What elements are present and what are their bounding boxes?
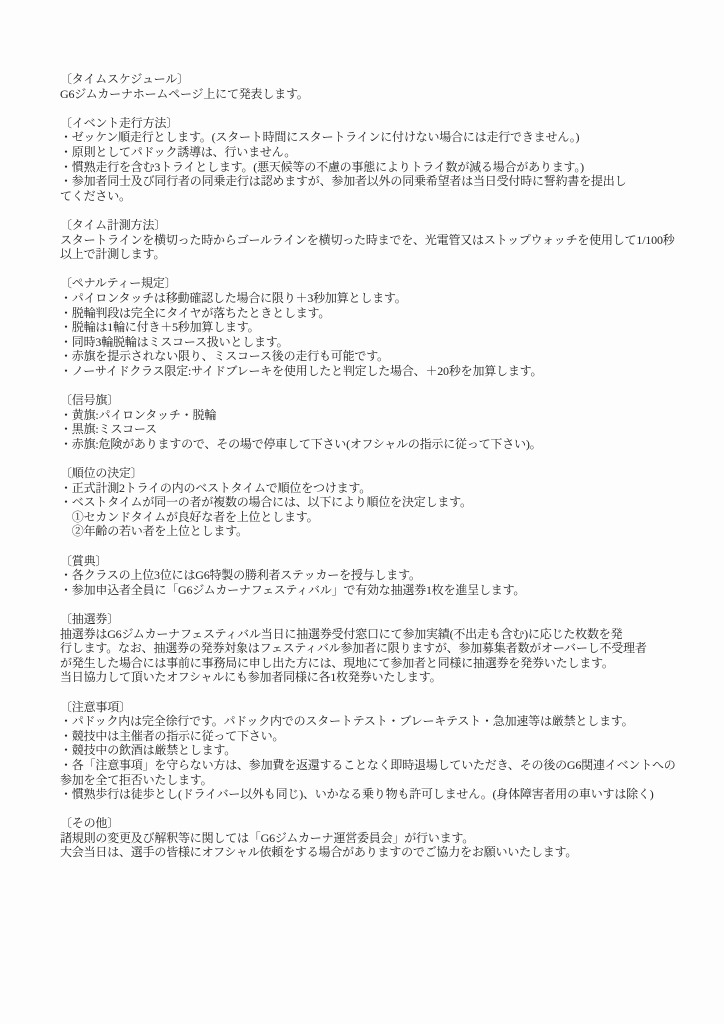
text-line: ・競技中は主催者の指示に従って下さい。 xyxy=(60,729,676,744)
section-title: 〔抽選券〕 xyxy=(60,612,676,627)
text-line: 以上で計測します。 xyxy=(60,247,676,262)
section: 〔抽選券〕抽選券はG6ジムカーナフェスティバル当日に抽選券受付窓口にて参加実績(… xyxy=(60,612,676,685)
text-line: ・赤旗:危険がありますので、その場で停車して下さい(オフシャルの指示に従って下さ… xyxy=(60,437,676,452)
section-title: 〔タイムスケジュール〕 xyxy=(60,72,676,87)
text-line: ・黒旗:ミスコース xyxy=(60,422,676,437)
text-line: スタートラインを横切った時からゴールラインを横切った時までを、光電管又はストップ… xyxy=(60,233,676,248)
text-line: ・競技中の飲酒は厳禁とします。 xyxy=(60,743,676,758)
section: 〔タイム計測方法〕スタートラインを横切った時からゴールラインを横切った時までを、… xyxy=(60,218,676,262)
text-line: ・ゼッケン順走行とします。(スタート時間にスタートラインに付けない場合には走行で… xyxy=(60,130,676,145)
text-line: 行します。なお、抽選券の発券対象はフェスティバル参加者に限りますが、参加募集者数… xyxy=(60,641,676,656)
text-line: ・慣熟歩行は徒歩とし(ドライバー以外も同じ)、いかなる乗り物も許可しません。(身… xyxy=(60,787,676,802)
text-line: ・正式計測2トライの内のベストタイムで順位をつけます。 xyxy=(60,481,676,496)
text-line: ・脱輪は1輪に付き＋5秒加算します。 xyxy=(60,320,676,335)
section-title: 〔注意事項〕 xyxy=(60,700,676,715)
text-line: が発生した場合には事前に事務局に申し出た方には、現地にて参加者と同様に抽選券を発… xyxy=(60,656,676,671)
text-line: ・ベストタイムが同一の者が複数の場合には、以下により順位を決定します。 xyxy=(60,495,676,510)
section-title: 〔イベント走行方法〕 xyxy=(60,116,676,131)
section: 〔信号旗〕・黄旗:パイロンタッチ・脱輪・黒旗:ミスコース・赤旗:危険がありますの… xyxy=(60,393,676,451)
text-line: ・慣熟走行を含む3トライとします。(悪天候等の不慮の事態によりトライ数が減る場合… xyxy=(60,160,676,175)
text-line: ・同時3輪脱輪はミスコース扱いとします。 xyxy=(60,335,676,350)
text-line: ・原則としてパドック誘導は、行いません。 xyxy=(60,145,676,160)
text-line: ①セカンドタイムが良好な者を上位とします。 xyxy=(60,510,676,525)
text-line: ・黄旗:パイロンタッチ・脱輪 xyxy=(60,408,676,423)
section-title: 〔信号旗〕 xyxy=(60,393,676,408)
text-line: 当日協力して頂いたオフシャルにも参加者同様に各1枚発券いたします。 xyxy=(60,670,676,685)
text-line: 抽選券はG6ジムカーナフェスティバル当日に抽選券受付窓口にて参加実績(不出走も含… xyxy=(60,627,676,642)
text-line: ・参加申込者全員に「G6ジムカーナフェスティバル」で有効な抽選券1枚を進呈します… xyxy=(60,583,676,598)
section: 〔賞典〕・各クラスの上位3位にはG6特製の勝利者ステッカーを授与します。・参加申… xyxy=(60,554,676,598)
text-line: ・各クラスの上位3位にはG6特製の勝利者ステッカーを授与します。 xyxy=(60,568,676,583)
text-line: G6ジムカーナホームページ上にて発表します。 xyxy=(60,87,676,102)
section-title: 〔ペナルティー規定〕 xyxy=(60,276,676,291)
section: 〔イベント走行方法〕・ゼッケン順走行とします。(スタート時間にスタートラインに付… xyxy=(60,116,676,204)
section: 〔その他〕諸規則の変更及び解釈等に関しては「G6ジムカーナ運営委員会」が行います… xyxy=(60,816,676,860)
section: 〔順位の決定〕・正式計測2トライの内のベストタイムで順位をつけます。・ベストタイ… xyxy=(60,466,676,539)
section: 〔ペナルティー規定〕・パイロンタッチは移動確認した場合に限り＋3秒加算とします。… xyxy=(60,276,676,378)
text-line: ・脱輪判段は完全にタイヤが落ちたときとします。 xyxy=(60,306,676,321)
section-title: 〔タイム計測方法〕 xyxy=(60,218,676,233)
document-page: 〔タイムスケジュール〕G6ジムカーナホームページ上にて発表します。〔イベント走行… xyxy=(0,0,724,1024)
text-line: ・パドック内は完全徐行です。パドック内でのスタートテスト・ブレーキテスト・急加速… xyxy=(60,714,676,729)
section: 〔タイムスケジュール〕G6ジムカーナホームページ上にて発表します。 xyxy=(60,72,676,101)
section-title: 〔その他〕 xyxy=(60,816,676,831)
text-line: てください。 xyxy=(60,189,676,204)
text-line: ②年齢の若い者を上位とします。 xyxy=(60,524,676,539)
section-title: 〔賞典〕 xyxy=(60,554,676,569)
text-line: ・ノーサイドクラス限定:サイドブレーキを使用したと判定した場合、＋20秒を加算し… xyxy=(60,364,676,379)
text-line: 大会当日は、選手の皆様にオフシャル依頼をする場合がありますのでご協力をお願いいた… xyxy=(60,845,676,860)
text-line: ・各「注意事項」を守らない方は、参加費を返還することなく即時退場していただき、そ… xyxy=(60,758,676,773)
section: 〔注意事項〕・パドック内は完全徐行です。パドック内でのスタートテスト・ブレーキテ… xyxy=(60,700,676,802)
section-title: 〔順位の決定〕 xyxy=(60,466,676,481)
text-line: 参加を全て拒否いたします。 xyxy=(60,773,676,788)
text-line: 諸規則の変更及び解釈等に関しては「G6ジムカーナ運営委員会」が行います。 xyxy=(60,831,676,846)
text-line: ・赤旗を提示されない限り、ミスコース後の走行も可能です。 xyxy=(60,349,676,364)
text-line: ・参加者同士及び同行者の同乗走行は認めますが、参加者以外の同乗希望者は当日受付時… xyxy=(60,174,676,189)
text-line: ・パイロンタッチは移動確認した場合に限り＋3秒加算とします。 xyxy=(60,291,676,306)
